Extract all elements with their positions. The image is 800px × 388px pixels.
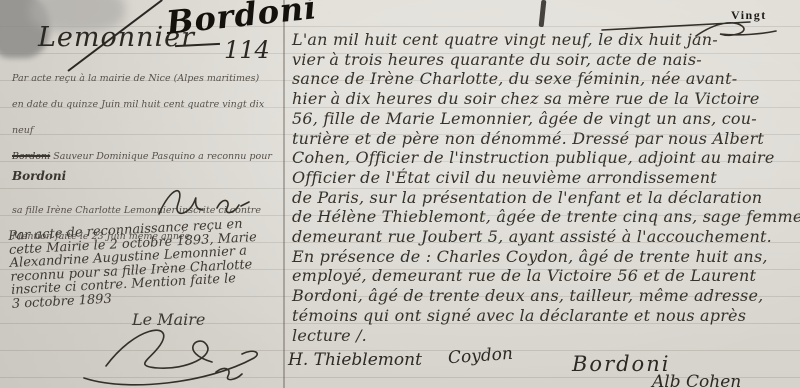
act-line: En présence de : Charles Coydon, âgé de …: [292, 247, 798, 267]
act-line: sance de Irène Charlotte, du sexe fémini…: [292, 69, 798, 89]
signature-flourish-mayor: [66, 322, 276, 386]
act-line: 56, fille de Marie Lemonnier, âgée de vi…: [292, 109, 798, 129]
interlinear-correction: Bordoni: [12, 169, 66, 183]
act-line: hier à dix heures du soir chez sa mère r…: [292, 89, 798, 109]
signature-officer-cohen: Alb Cohen: [652, 372, 741, 388]
act-line: Cohen, Officier de l'instruction publiqu…: [292, 148, 798, 168]
margin-note-1893: Par acte de reconnaissance reçu en cette…: [8, 215, 302, 311]
note1-line: Par acte reçu à la mairie de Nice (Alpes…: [12, 66, 280, 92]
signature-coydon: Coydon: [447, 344, 513, 368]
ink-blot: [539, 0, 547, 27]
act-line: de Paris, sur la présentation de l'enfan…: [292, 188, 798, 208]
act-line: turière et de père non dénommé. Dressé p…: [292, 129, 798, 149]
act-line: employé, demeurant rue de la Victoire 56…: [292, 266, 798, 286]
act-line: L'an mil huit cent quatre vingt neuf, le…: [292, 30, 798, 50]
struck-word: Bordoni: [12, 151, 50, 162]
signature-thieblemont: H. Thieblemont: [288, 350, 422, 370]
civil-register-scan: Lemonnier 114 Bordoni Par acte reçu à la…: [0, 0, 800, 388]
act-line: vier à trois heures quarante du soir, ac…: [292, 50, 798, 70]
act-line: lecture /.: [292, 326, 798, 346]
act-line: Bordoni, âgé de trente deux ans, tailleu…: [292, 286, 798, 306]
note1-line-rest: Sauveur Dominique Pasquino a reconnu pou…: [53, 151, 272, 162]
act-line: témoins qui ont signé avec la déclarante…: [292, 306, 798, 326]
margin-rule-line: [283, 0, 285, 388]
note1-line: en date du quinze Juin mil huit cent qua…: [12, 92, 280, 144]
act-line: demeurant rue Joubert 5, ayant assisté à…: [292, 227, 798, 247]
act-number: 114: [224, 36, 270, 64]
act-line: Officier de l'État civil du neuvième arr…: [292, 168, 798, 188]
birth-act-text: L'an mil huit cent quatre vingt neuf, le…: [292, 30, 798, 345]
act-line: de Hélène Thieblemont, âgée de trente ci…: [292, 207, 798, 227]
